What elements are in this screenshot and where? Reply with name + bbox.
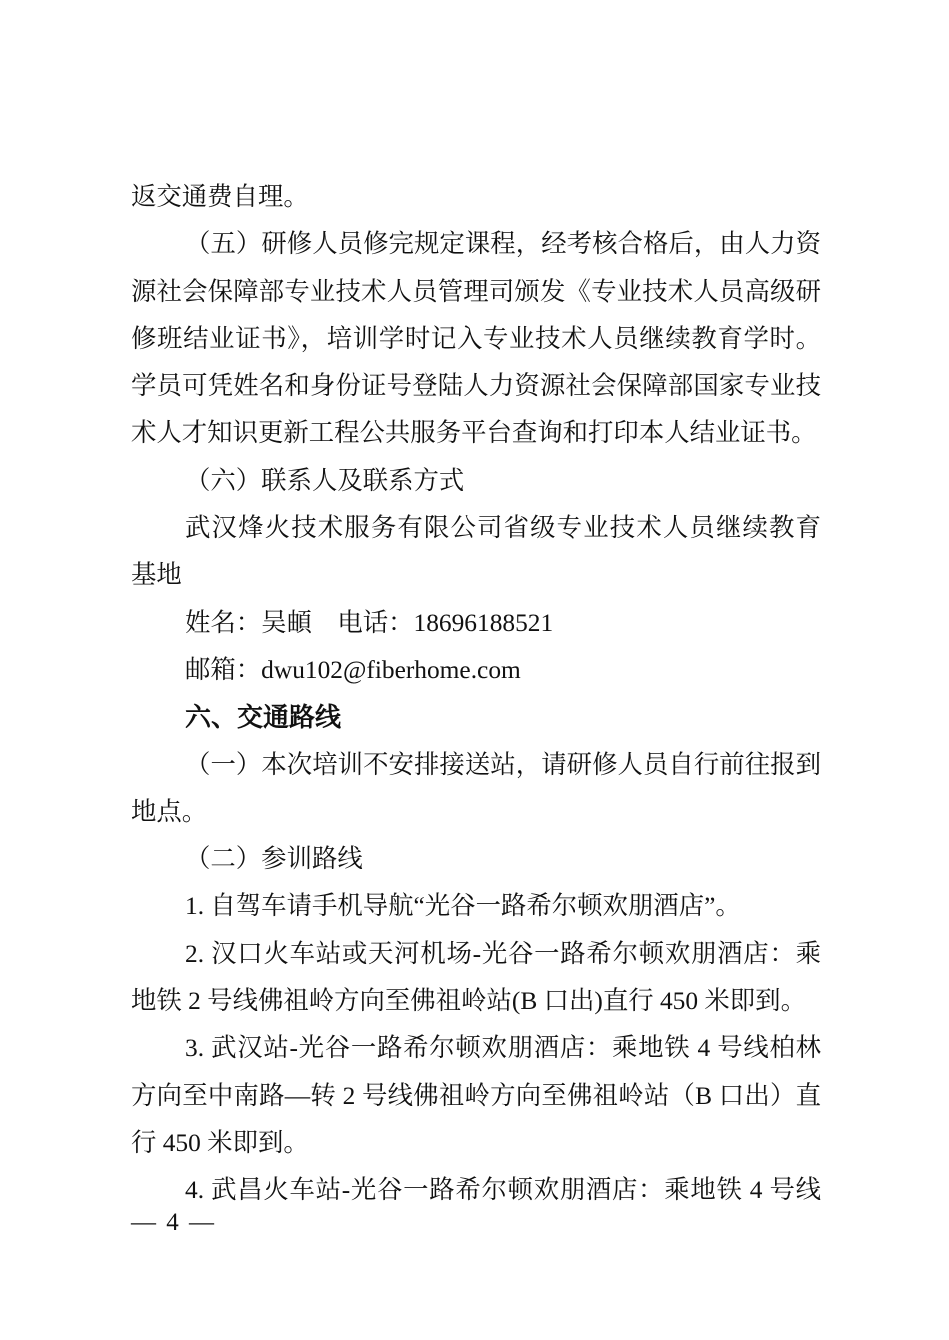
paragraph: （一）本次培训不安排接送站，请研修人员自行前往报到地点。 xyxy=(131,742,821,837)
document-line: （五）研修人员修完规定课程，经考核合格后，由人力资 xyxy=(131,221,821,268)
document-line: 邮箱：dwu102@fiberhome.com xyxy=(131,647,821,694)
paragraph: 姓名：吴頔 电话：18696188521 xyxy=(131,600,821,647)
paragraph: 武汉烽火技术服务有限公司省级专业技术人员继续教育基地 xyxy=(131,505,821,600)
section-heading: 六、交通路线 xyxy=(131,694,821,741)
document-line: 修班结业证书》，培训学时记入专业技术人员继续教育学时。 xyxy=(131,316,821,363)
document-line: 源社会保障部专业技术人员管理司颁发《专业技术人员高级研 xyxy=(131,269,821,316)
paragraph: （六）联系人及联系方式 xyxy=(131,458,821,505)
document-line: 方向至中南路—转 2 号线佛祖岭方向至佛祖岭站（B 口出）直 xyxy=(131,1073,821,1120)
document-line: 4. 武昌火车站-光谷一路希尔顿欢朋酒店：乘地铁 4 号线 xyxy=(131,1167,821,1214)
paragraph: 六、交通路线 xyxy=(131,694,821,741)
document-line: 术人才知识更新工程公共服务平台查询和打印本人结业证书。 xyxy=(131,410,821,457)
paragraph: 返交通费自理。 xyxy=(131,174,821,221)
paragraph: 邮箱：dwu102@fiberhome.com xyxy=(131,647,821,694)
page-number: — 4 — xyxy=(131,1203,216,1243)
document-line: （六）联系人及联系方式 xyxy=(131,458,821,505)
document-line: 姓名：吴頔 电话：18696188521 xyxy=(131,600,821,647)
document-line: 3. 武汉站-光谷一路希尔顿欢朋酒店：乘地铁 4 号线柏林 xyxy=(131,1025,821,1072)
document-line: （一）本次培训不安排接送站，请研修人员自行前往报到 xyxy=(131,742,821,789)
document-line: 行 450 米即到。 xyxy=(131,1120,821,1167)
document-line: 学员可凭姓名和身份证号登陆人力资源社会保障部国家专业技 xyxy=(131,363,821,410)
paragraph: 1. 自驾车请手机导航“光谷一路希尔顿欢朋酒店”。 xyxy=(131,883,821,930)
paragraph: （二）参训路线 xyxy=(131,836,821,883)
document-line: 返交通费自理。 xyxy=(131,174,821,221)
paragraph: （五）研修人员修完规定课程，经考核合格后，由人力资源社会保障部专业技术人员管理司… xyxy=(131,221,821,457)
document-line: 1. 自驾车请手机导航“光谷一路希尔顿欢朋酒店”。 xyxy=(131,883,821,930)
document-line: （二）参训路线 xyxy=(131,836,821,883)
paragraph: 3. 武汉站-光谷一路希尔顿欢朋酒店：乘地铁 4 号线柏林方向至中南路—转 2 … xyxy=(131,1025,821,1167)
document-body: 返交通费自理。（五）研修人员修完规定课程，经考核合格后，由人力资源社会保障部专业… xyxy=(131,174,821,1215)
document-line: 武汉烽火技术服务有限公司省级专业技术人员继续教育 xyxy=(131,505,821,552)
paragraph: 4. 武昌火车站-光谷一路希尔顿欢朋酒店：乘地铁 4 号线 xyxy=(131,1167,821,1214)
paragraph: 2. 汉口火车站或天河机场-光谷一路希尔顿欢朋酒店：乘地铁 2 号线佛祖岭方向至… xyxy=(131,931,821,1026)
document-line: 2. 汉口火车站或天河机场-光谷一路希尔顿欢朋酒店：乘 xyxy=(131,931,821,978)
document-line: 基地 xyxy=(131,552,821,599)
document-line: 地点。 xyxy=(131,789,821,836)
document-line: 地铁 2 号线佛祖岭方向至佛祖岭站(B 口出)直行 450 米即到。 xyxy=(131,978,821,1025)
